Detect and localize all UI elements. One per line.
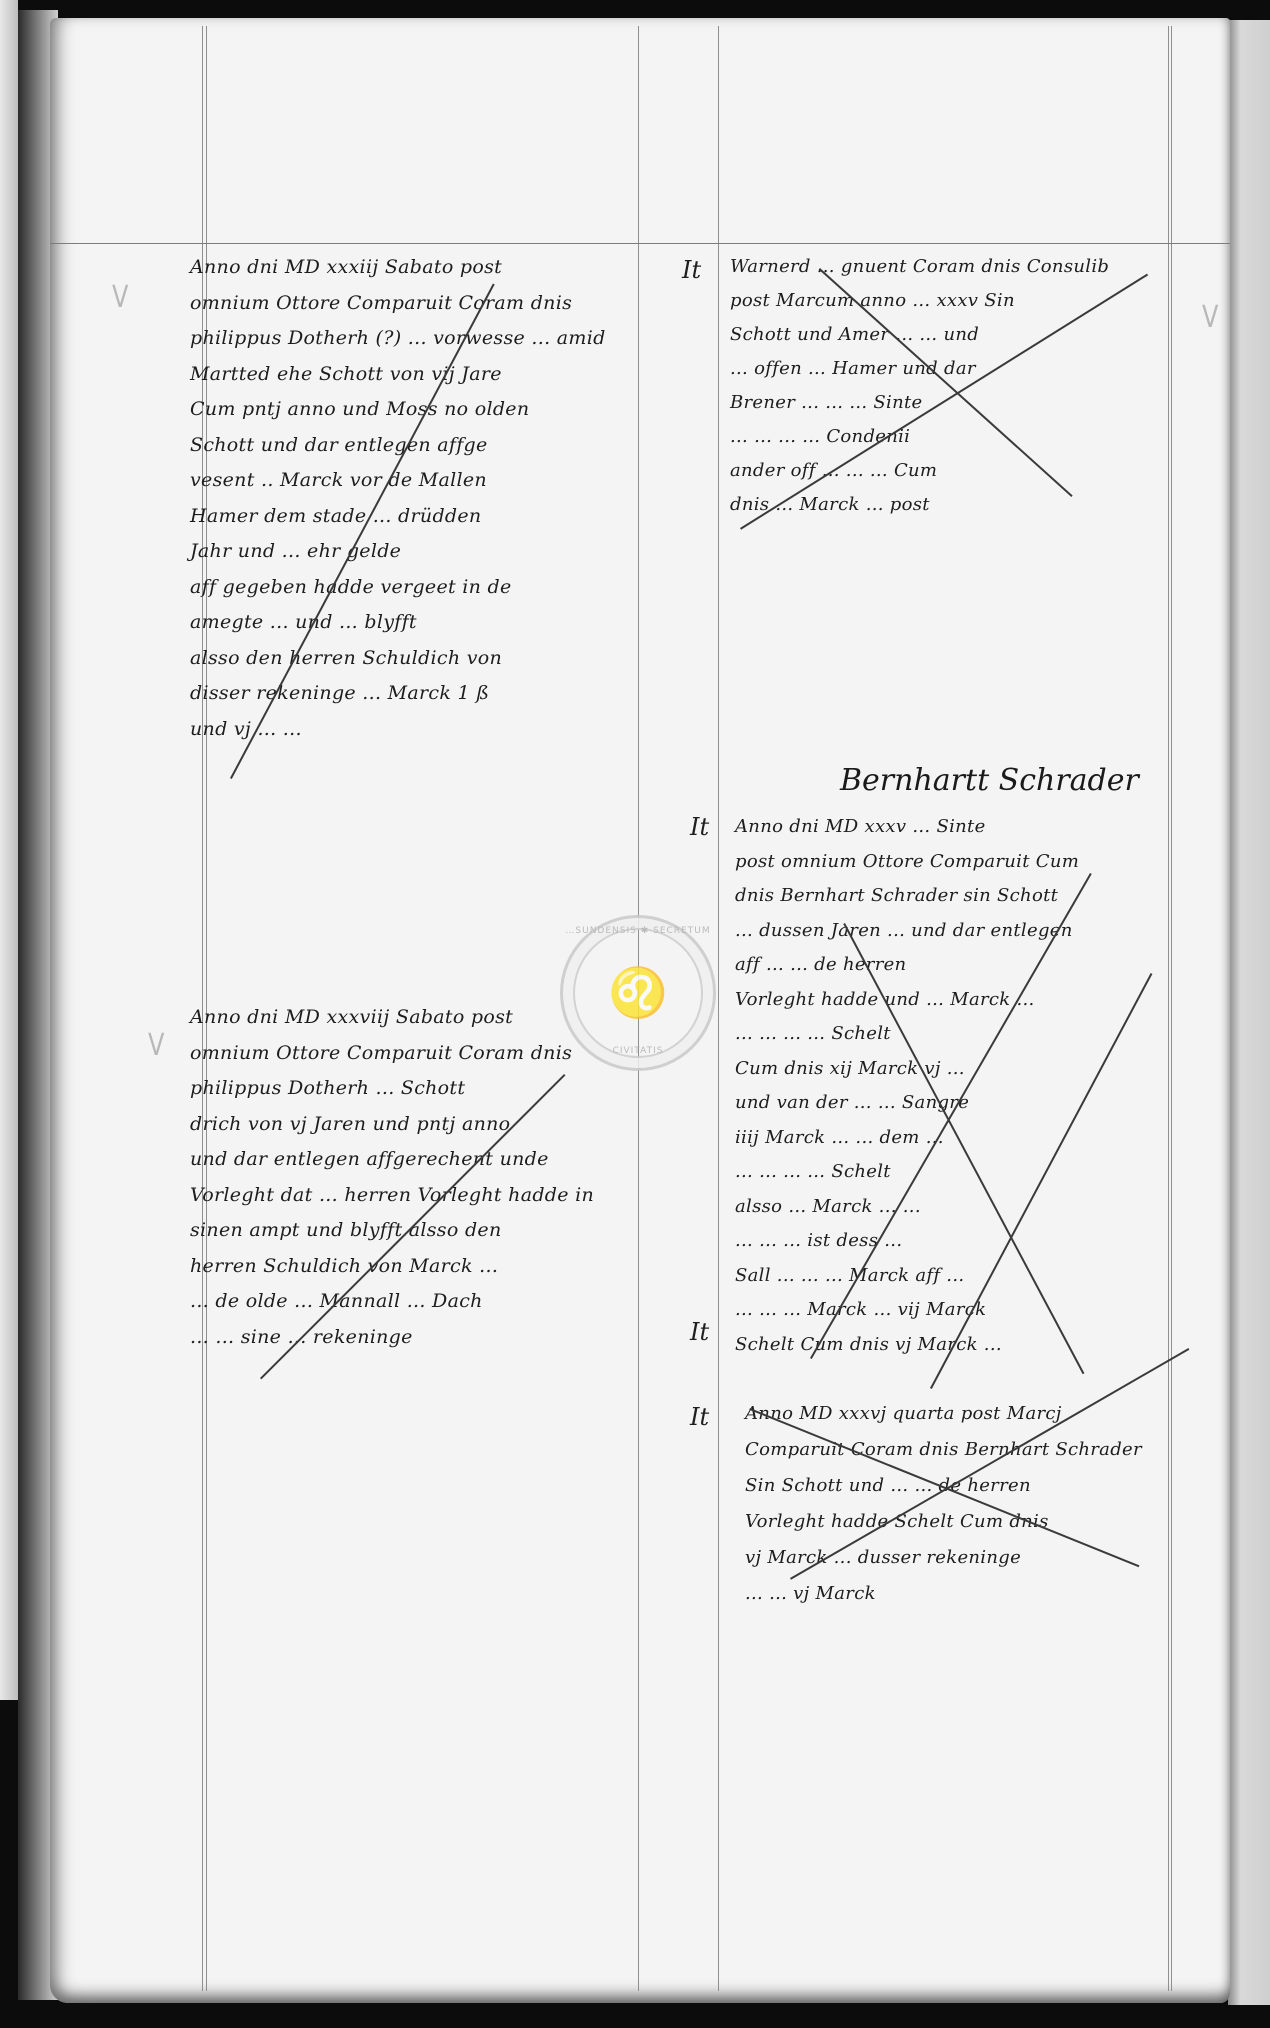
manuscript-page: V V V Anno dni MD xxxiij Sabato post omn…: [50, 18, 1230, 2003]
entry-line: ... dussen Jaren ... und dar entlegen: [735, 914, 1079, 949]
entry-line: sinen ampt und blyfft alsso den: [190, 1213, 594, 1249]
entry-line: Schott und Amer ... ... und: [730, 318, 1109, 352]
entry-line: ... ... ... ... Condenii: [730, 420, 1109, 454]
entry-line: Martted ehe Schott von vij Jare: [190, 357, 606, 393]
item-mark: It: [690, 813, 709, 841]
entry-line: aff gegeben hadde vergeet in de: [190, 570, 606, 606]
entry-line: iiij Marck ... ... dem ...: [735, 1121, 1079, 1156]
entry-line: Anno MD xxxvj quarta post Marcj: [745, 1396, 1142, 1432]
ledger-entry-right-1: Warnerd ... gnuent Coram dnis Consulib p…: [730, 250, 1109, 522]
item-mark: It: [690, 1403, 709, 1431]
lion-icon: ♌: [608, 963, 668, 1023]
entry-line: dnis Bernhart Schrader sin Schott: [735, 879, 1079, 914]
ledger-entry-right-3: Anno MD xxxvj quarta post Marcj Comparui…: [745, 1396, 1142, 1612]
entry-line: Vorleght hadde Schelt Cum dnis: [745, 1504, 1142, 1540]
entry-line: ... ... ... ... Schelt: [735, 1017, 1079, 1052]
right-margin-rule: [1168, 26, 1169, 1991]
right-margin-rule-double: [1171, 26, 1172, 1991]
entry-line: und van der ... ... Sangre: [735, 1086, 1079, 1121]
entry-line: und dar entlegen affgerechent unde: [190, 1142, 594, 1178]
entry-line: Anno dni MD xxxiij Sabato post: [190, 250, 606, 286]
pencil-check-mark: V: [112, 280, 128, 315]
seal-inscription: …SUNDENSIS ✱ SECRETUM: [563, 926, 713, 936]
entry-line: Jahr und ... ehr gelde: [190, 534, 606, 570]
entry-line: ... ... vj Marck: [745, 1576, 1142, 1612]
entry-line: Vorleght dat ... herren Vorleght hadde i…: [190, 1178, 594, 1214]
entry-line: philippus Dotherh (?) ... vorwesse ... a…: [190, 321, 606, 357]
entry-line: amegte ... und ... blyfft: [190, 605, 606, 641]
header-rule: [50, 243, 1230, 244]
entry-line: ander off ... ... ... Cum: [730, 454, 1109, 488]
entry-line: Hamer dem stade ... drüdden: [190, 499, 606, 535]
entry-line: ... ... ... Marck ... vij Marck: [735, 1293, 1079, 1328]
entry-line: Comparuit Coram dnis Bernhart Schrader: [745, 1432, 1142, 1468]
pencil-check-mark: V: [148, 1028, 164, 1063]
entry-line: Warnerd ... gnuent Coram dnis Consulib: [730, 250, 1109, 284]
entry-line: omnium Ottore Comparuit Coram dnis: [190, 1036, 594, 1072]
entry-line: und vj ... ...: [190, 712, 606, 748]
entry-line: ... de olde ... Mannall ... Dach: [190, 1284, 594, 1320]
center-rule-right: [718, 26, 719, 1991]
entry-line: herren Schuldich von Marck ...: [190, 1249, 594, 1285]
entry-line: ... ... sine ... rekeninge: [190, 1320, 594, 1356]
archive-seal-stamp: …SUNDENSIS ✱ SECRETUM ♌ CIVITATIS: [560, 915, 716, 1071]
entry-line: post Marcum anno ... xxxv Sin: [730, 284, 1109, 318]
adjacent-page-edge: [0, 0, 18, 1700]
entry-line: Anno dni MD xxxv ... Sinte: [735, 810, 1079, 845]
entry-line: Schott und dar entlegen affge: [190, 428, 606, 464]
item-mark: It: [682, 256, 701, 284]
entry-line: Vorleght hadde und ... Marck ...: [735, 983, 1079, 1018]
entry-line: Sall ... ... ... Marck aff ...: [735, 1259, 1079, 1294]
entry-line: alsso den herren Schuldich von: [190, 641, 606, 677]
entry-line: dnis ... Marck ... post: [730, 488, 1109, 522]
entry-line: Cum dnis xij Marck vj ...: [735, 1052, 1079, 1087]
entry-line: philippus Dotherh ... Schott: [190, 1071, 594, 1107]
entry-line: Cum pntj anno und Moss no olden: [190, 392, 606, 428]
entry-line: post omnium Ottore Comparuit Cum: [735, 845, 1079, 880]
facing-page-edge: [1228, 20, 1270, 2005]
entry-line: aff ... ... de herren: [735, 948, 1079, 983]
item-mark: It: [690, 1318, 709, 1346]
ledger-entry-left-1: Anno dni MD xxxiij Sabato post omnium Ot…: [190, 250, 606, 747]
account-heading: Bernhartt Schrader: [840, 763, 1139, 798]
entry-line: disser rekeninge ... Marck 1 ß: [190, 676, 606, 712]
entry-line: Anno dni MD xxxviij Sabato post: [190, 1000, 594, 1036]
entry-line: Schelt Cum dnis vj Marck ...: [735, 1328, 1079, 1363]
entry-line: ... ... ... ... Schelt: [735, 1155, 1079, 1190]
seal-inscription-side: CIVITATIS: [563, 1046, 713, 1056]
ledger-entry-right-2: Anno dni MD xxxv ... Sinte post omnium O…: [735, 810, 1079, 1362]
entry-line: ... ... ... ist dess ...: [735, 1224, 1079, 1259]
entry-line: drich von vj Jaren und pntj anno: [190, 1107, 594, 1143]
pencil-check-mark: V: [1202, 300, 1218, 335]
entry-line: omnium Ottore Comparuit Coram dnis: [190, 286, 606, 322]
ledger-entry-left-2: Anno dni MD xxxviij Sabato post omnium O…: [190, 1000, 594, 1355]
entry-line: vesent .. Marck vor de Mallen: [190, 463, 606, 499]
